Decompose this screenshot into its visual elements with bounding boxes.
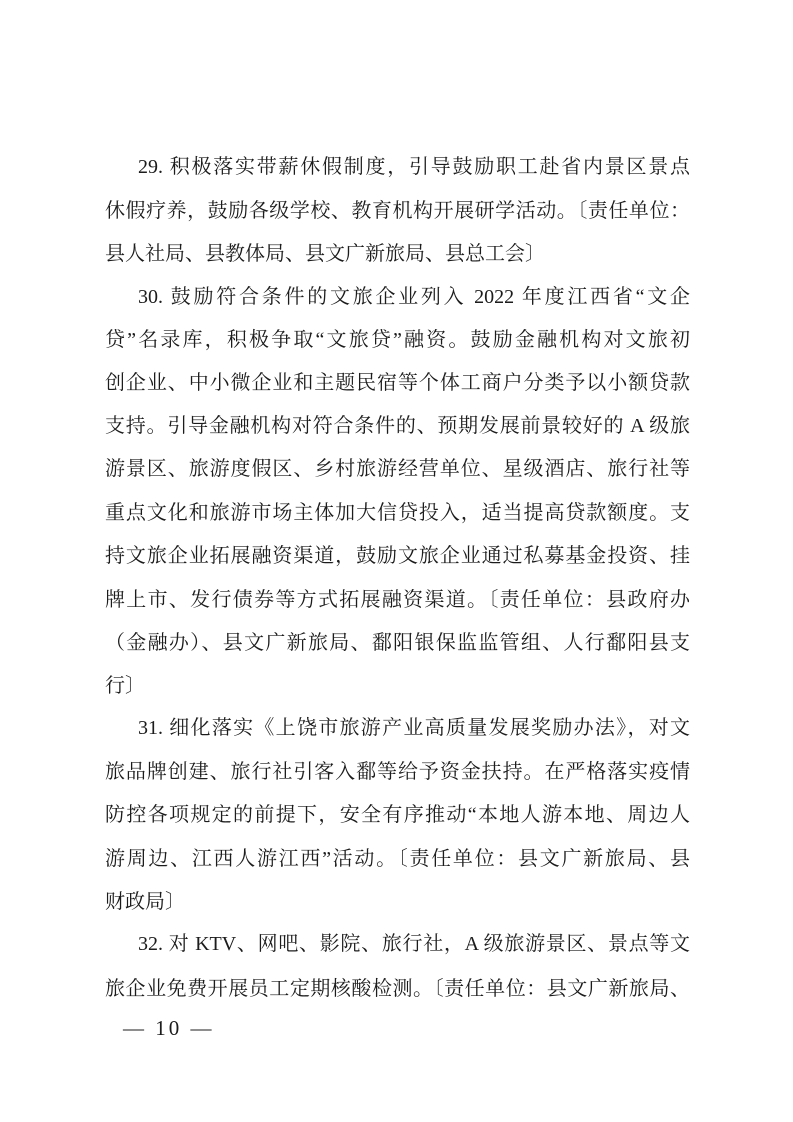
body-text: 32. 对 KTV、网吧、影院、旅行社，A 级旅游景区、景点等文 xyxy=(138,933,690,955)
body-text: 旅企业免费开展员工定期核酸检测。 xyxy=(105,978,434,1000)
responsibility-unit-text: （金融办）、县文广新旅局、鄱阳银保监监管组、人行鄱阳县支 xyxy=(105,630,690,654)
document-body: 29. 积极落实带薪休假制度，引导鼓励职工赴省内景区景点休假疗养，鼓励各级学校、… xyxy=(105,146,690,1010)
text-line: 重点文化和旅游市场主体加大信贷投入，适当提高贷款额度。支 xyxy=(105,492,690,535)
text-line: 游周边、江西人游江西”活动。〔责任单位：县文广新旅局、县 xyxy=(105,837,690,880)
paragraph-31: 31. 细化落实《上饶市旅游产业高质量发展奖励办法》，对文旅品牌创建、旅行社引客… xyxy=(105,707,690,923)
text-line: 休假疗养，鼓励各级学校、教育机构开展研学活动。〔责任单位： xyxy=(105,189,690,232)
text-line: 旅品牌创建、旅行社引客入鄱等给予资金扶持。在严格落实疫情 xyxy=(105,751,690,794)
body-text: 旅品牌创建、旅行社引客入鄱等给予资金扶持。在严格落实疫情 xyxy=(105,761,690,783)
responsibility-unit-text: 〔责任单位：县政府办 xyxy=(488,587,690,611)
document-page: 29. 积极落实带薪休假制度，引导鼓励职工赴省内景区景点休假疗养，鼓励各级学校、… xyxy=(0,0,793,1122)
responsibility-unit-text: 〔责任单位：县文广新旅局、县 xyxy=(398,846,690,870)
text-line: 创企业、中小微企业和主题民宿等个体工商户分类予以小额贷款 xyxy=(105,362,690,405)
body-text: 牌上市、发行债券等方式拓展融资渠道。 xyxy=(105,589,488,611)
body-text: 31. 细化落实《上饶市旅游产业高质量发展奖励办法》，对文 xyxy=(138,717,690,739)
paragraph-32: 32. 对 KTV、网吧、影院、旅行社，A 级旅游景区、景点等文旅企业免费开展员… xyxy=(105,923,690,1009)
text-line: 支持。引导金融机构对符合条件的、预期发展前景较好的 A 级旅 xyxy=(105,405,690,448)
body-text: 游周边、江西人游江西”活动。 xyxy=(105,848,398,870)
paragraph-29: 29. 积极落实带薪休假制度，引导鼓励职工赴省内景区景点休假疗养，鼓励各级学校、… xyxy=(105,146,690,276)
text-line: 32. 对 KTV、网吧、影院、旅行社，A 级旅游景区、景点等文 xyxy=(105,923,690,966)
paragraph-30: 30. 鼓励符合条件的文旅企业列入 2022 年度江西省“文企贷”名录库，积极争… xyxy=(105,276,690,708)
text-line: 30. 鼓励符合条件的文旅企业列入 2022 年度江西省“文企 xyxy=(105,276,690,319)
body-text: 创企业、中小微企业和主题民宿等个体工商户分类予以小额贷款 xyxy=(105,372,690,394)
body-text: 贷”名录库，积极争取“文旅贷”融资。鼓励金融机构对文旅初 xyxy=(105,329,690,351)
text-line: （金融办）、县文广新旅局、鄱阳银保监监管组、人行鄱阳县支 xyxy=(105,621,690,664)
text-line: 游景区、旅游度假区、乡村旅游经营单位、星级酒店、旅行社等 xyxy=(105,448,690,491)
text-line: 防控各项规定的前提下，安全有序推动“本地人游本地、周边人 xyxy=(105,794,690,837)
body-text: 防控各项规定的前提下，安全有序推动“本地人游本地、周边人 xyxy=(105,804,690,826)
body-text: 30. 鼓励符合条件的文旅企业列入 2022 年度江西省“文企 xyxy=(138,286,690,308)
body-text: 休假疗养，鼓励各级学校、教育机构开展研学活动。 xyxy=(105,200,577,222)
responsibility-unit-text: 财政局〕 xyxy=(105,889,185,913)
body-text: 支持。引导金融机构对符合条件的、预期发展前景较好的 A 级旅 xyxy=(105,415,690,437)
text-line: 旅企业免费开展员工定期核酸检测。〔责任单位：县文广新旅局、 xyxy=(105,967,690,1010)
responsibility-unit-text: 〔责任单位：县文广新旅局、 xyxy=(434,976,690,1000)
responsibility-unit-text: 县人社局、县教体局、县文广新旅局、县总工会〕 xyxy=(105,241,545,265)
text-line: 财政局〕 xyxy=(105,880,690,923)
body-text: 29. 积极落实带薪休假制度，引导鼓励职工赴省内景区景点 xyxy=(138,156,690,178)
text-line: 行〕 xyxy=(105,664,690,707)
text-line: 持文旅企业拓展融资渠道，鼓励文旅企业通过私募基金投资、挂 xyxy=(105,535,690,578)
text-line: 贷”名录库，积极争取“文旅贷”融资。鼓励金融机构对文旅初 xyxy=(105,319,690,362)
text-line: 牌上市、发行债券等方式拓展融资渠道。〔责任单位：县政府办 xyxy=(105,578,690,621)
body-text: 游景区、旅游度假区、乡村旅游经营单位、星级酒店、旅行社等 xyxy=(105,458,690,480)
responsibility-unit-text: 行〕 xyxy=(105,673,145,697)
body-text: 持文旅企业拓展融资渠道，鼓励文旅企业通过私募基金投资、挂 xyxy=(105,545,690,567)
text-line: 29. 积极落实带薪休假制度，引导鼓励职工赴省内景区景点 xyxy=(105,146,690,189)
text-line: 31. 细化落实《上饶市旅游产业高质量发展奖励办法》，对文 xyxy=(105,707,690,750)
text-line: 县人社局、县教体局、县文广新旅局、县总工会〕 xyxy=(105,232,690,275)
responsibility-unit-text: 〔责任单位： xyxy=(577,198,690,222)
page-number: — 10 — xyxy=(123,1013,215,1043)
body-text: 重点文化和旅游市场主体加大信贷投入，适当提高贷款额度。支 xyxy=(105,502,690,524)
